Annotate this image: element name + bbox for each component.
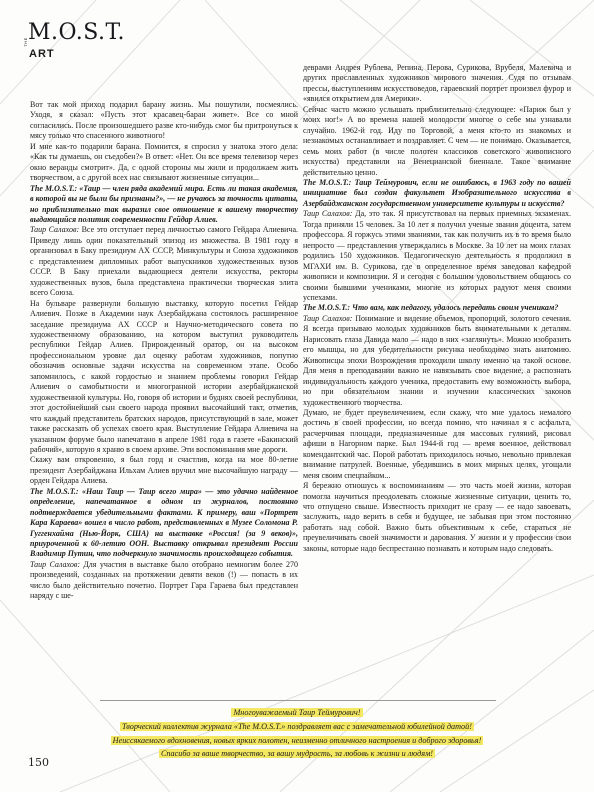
body-paragraph: Сейчас часто можно услышать приблизитель… <box>303 105 571 178</box>
body-paragraph: Я бережно отношусь к воспоминаниям — это… <box>303 481 571 554</box>
interviewee-label: Таир Салахов: <box>30 225 82 234</box>
answer-text: Понимание и видение объемов, пропорций, … <box>303 314 571 407</box>
paragraph-text: На бульваре развернули большую выставку,… <box>30 299 298 454</box>
greeting-line: Неиссякаемого вдохновения, новых ярких п… <box>0 734 594 748</box>
section-label: ART <box>29 48 55 60</box>
left-column: Вот так мой приход подарил барану жизнь.… <box>30 100 298 602</box>
body-paragraph: Скажу вам откровенно, я был горд и счаст… <box>30 455 298 486</box>
interviewee-label: Таир Салахов: <box>303 314 355 323</box>
interviewee-label: Таир Салахов: <box>30 560 83 569</box>
greeting-text: Спасибо за ваше творчество, за вашу мудр… <box>159 749 435 758</box>
magazine-page: THEM.O.S.T. ART Вот так мой приход подар… <box>0 0 594 792</box>
interview-answer: Таир Салахов: Все это отступает перед ли… <box>30 225 298 298</box>
interview-question: The M.O.S.T.: Таир Теймурович, если не о… <box>303 178 571 209</box>
footer-divider <box>100 700 496 701</box>
paragraph-text: Скажу вам откровенно, я был горд и счаст… <box>30 455 298 485</box>
question-text: Что вам, как педагогу, удалось передать … <box>352 303 558 312</box>
answer-text: Да, это так. Я присутствовал на первых п… <box>303 209 571 302</box>
body-paragraph: деврами Андрея Рублева, Репина, Перова, … <box>303 63 571 105</box>
logo-the-label: THE <box>15 37 37 47</box>
interview-question: The M.O.S.T.: «Таир — член ряда академий… <box>30 184 298 226</box>
body-paragraph: Думаю, не будет преувеличением, если ска… <box>303 408 571 481</box>
interview-question: The M.O.S.T.: Что вам, как педагогу, уда… <box>303 303 571 313</box>
body-paragraph: Вот так мой приход подарил барану жизнь.… <box>30 100 298 142</box>
interview-answer: Таир Салахов: Для участия в выставке был… <box>30 560 298 602</box>
greeting-line: Спасибо за ваше творчество, за вашу мудр… <box>0 747 594 761</box>
paragraph-text: Сейчас часто можно услышать приблизитель… <box>303 105 571 177</box>
paragraph-text: Я бережно отношусь к воспоминаниям — это… <box>303 481 571 553</box>
greeting-line: Многоуважаемый Таир Теймурович! <box>0 706 594 720</box>
magazine-logo: THEM.O.S.T. <box>28 22 125 44</box>
interviewer-label: The M.O.S.T.: <box>303 303 352 312</box>
interviewer-label: The M.O.S.T.: <box>30 184 79 193</box>
page-number: 150 <box>28 756 49 769</box>
interviewer-label: The M.O.S.T.: <box>30 487 82 496</box>
greeting-line: Творческий коллектив журнала «The M.O.S.… <box>0 720 594 734</box>
body-paragraph: И мне как-то подарили барана. Помнится, … <box>30 142 298 184</box>
right-column: деврами Андрея Рублева, Репина, Перова, … <box>303 63 571 554</box>
interviewer-label: The M.O.S.T.: <box>303 178 355 187</box>
interview-answer: Таир Салахов: Да, это так. Я присутствов… <box>303 209 571 303</box>
jubilee-greeting: Многоуважаемый Таир Теймурович! Творческ… <box>0 706 594 761</box>
interviewee-label: Таир Салахов: <box>303 209 355 218</box>
paragraph-text: Вот так мой приход подарил барану жизнь.… <box>30 100 298 140</box>
question-text: «Наш Таир — Таир всего мира» — это удачн… <box>30 487 298 559</box>
greeting-text: Многоуважаемый Таир Теймурович! <box>231 708 362 717</box>
interview-answer: Таир Салахов: Понимание и видение объемо… <box>303 314 571 408</box>
answer-text: Все это отступает перед личностью самого… <box>30 225 298 297</box>
paragraph-text: И мне как-то подарили барана. Помнится, … <box>30 142 298 182</box>
logo-title: M.O.S.T. <box>28 20 125 45</box>
greeting-text: Творческий коллектив журнала «The M.O.S.… <box>120 722 474 731</box>
interview-question: The M.O.S.T.: «Наш Таир — Таир всего мир… <box>30 487 298 560</box>
paragraph-text: Думаю, не будет преувеличением, если ска… <box>303 408 571 480</box>
greeting-text: Неиссякаемого вдохновения, новых ярких п… <box>111 736 484 745</box>
body-paragraph: На бульваре развернули большую выставку,… <box>30 299 298 456</box>
paragraph-text: деврами Андрея Рублева, Репина, Перова, … <box>303 63 571 103</box>
